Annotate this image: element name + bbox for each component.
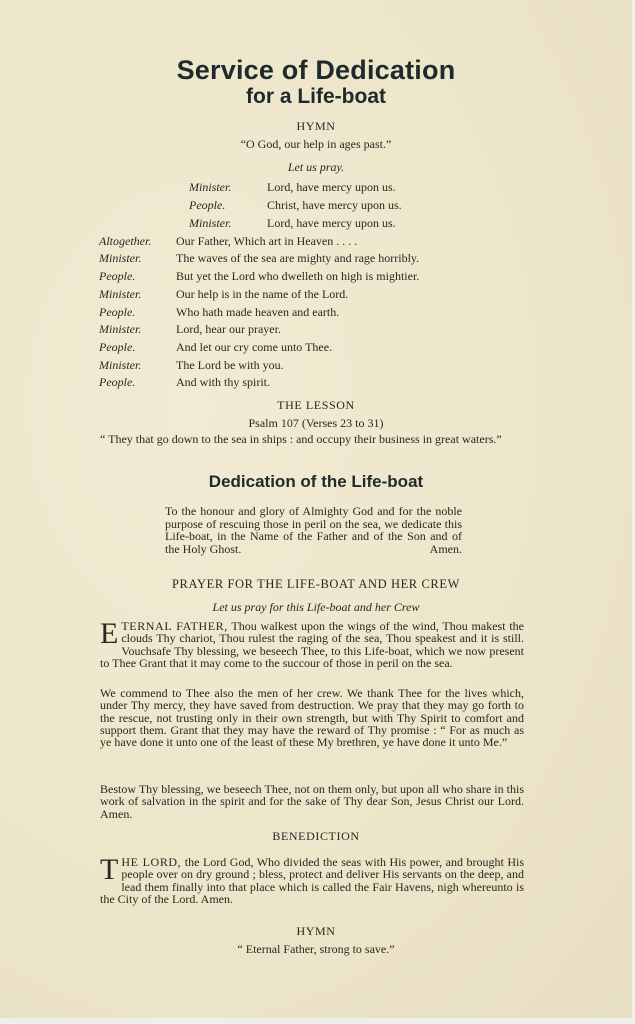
response-text: Lord, have mercy upon us. [267, 179, 396, 197]
speaker: Minister. [99, 357, 141, 375]
prayer-intro: Let us pray for this Life-boat and her C… [0, 600, 632, 615]
speaker: Minister. [189, 215, 231, 233]
response-text: The waves of the sea are mighty and rage… [176, 250, 419, 268]
response-text: But yet the Lord who dwelleth on high is… [176, 268, 419, 286]
dedication-heading: Dedication of the Life-boat [0, 472, 632, 492]
speaker: Minister. [99, 286, 141, 304]
response-text: And let our cry come unto Thee. [176, 339, 332, 357]
response-text: And with thy spirit. [176, 374, 270, 392]
let-us-pray: Let us pray. [0, 160, 632, 175]
speaker: Minister. [99, 321, 141, 339]
benediction-heading: BENEDICTION [0, 829, 632, 844]
dedication-amen: Amen. [430, 543, 462, 556]
response-text: The Lord be with you. [176, 357, 284, 375]
document-page: Service of Dedication for a Life-boat HY… [0, 0, 632, 1018]
opening-hymn-heading: HYMN [0, 119, 632, 134]
speaker: Altogether. [99, 233, 151, 251]
speaker: Minister. [189, 179, 231, 197]
dedication-text-block: To the honour and glory of Almighty God … [165, 505, 462, 555]
response-text: Lord, hear our prayer. [176, 321, 281, 339]
drop-cap-t: T [100, 858, 118, 882]
opening-hymn-name: “O God, our help in ages past.” [0, 137, 632, 152]
benediction-paragraph: THE LORD, the Lord God, Who divided the … [100, 856, 524, 905]
prayer-heading: PRAYER FOR THE LIFE-BOAT AND HER CREW [0, 577, 632, 592]
lesson-reference: Psalm 107 (Verses 23 to 31) [0, 416, 632, 431]
lesson-quote: “ They that go down to the sea in ships … [100, 433, 524, 446]
dedication-text: To the honour and glory of Almighty God … [165, 504, 462, 556]
response-text: Our help is in the name of the Lord. [176, 286, 348, 304]
closing-hymn-heading: HYMN [0, 924, 632, 939]
response-text: Lord, have mercy upon us. [267, 215, 396, 233]
prayer-paragraph-3: Bestow Thy blessing, we beseech Thee, no… [100, 783, 524, 820]
lesson-heading: THE LESSON [0, 398, 632, 413]
speaker: People. [99, 268, 135, 286]
prayer-paragraph-1: ETERNAL FATHER, Thou walkest upon the wi… [100, 620, 524, 669]
speaker: People. [99, 339, 135, 357]
prayer-paragraph-2: We commend to Thee also the men of her c… [100, 687, 524, 748]
document-title: Service of Dedication [0, 54, 632, 86]
speaker: People. [99, 304, 135, 322]
response-text: Christ, have mercy upon us. [267, 197, 402, 215]
closing-hymn-name: “ Eternal Father, strong to save.” [0, 942, 632, 957]
response-text: Our Father, Which art in Heaven . . . . [176, 233, 357, 251]
response-text: Who hath made heaven and earth. [176, 304, 339, 322]
drop-cap-e: E [100, 622, 118, 646]
speaker: People. [99, 374, 135, 392]
speaker: Minister. [99, 250, 141, 268]
document-subtitle: for a Life-boat [0, 84, 632, 110]
speaker: People. [189, 197, 225, 215]
